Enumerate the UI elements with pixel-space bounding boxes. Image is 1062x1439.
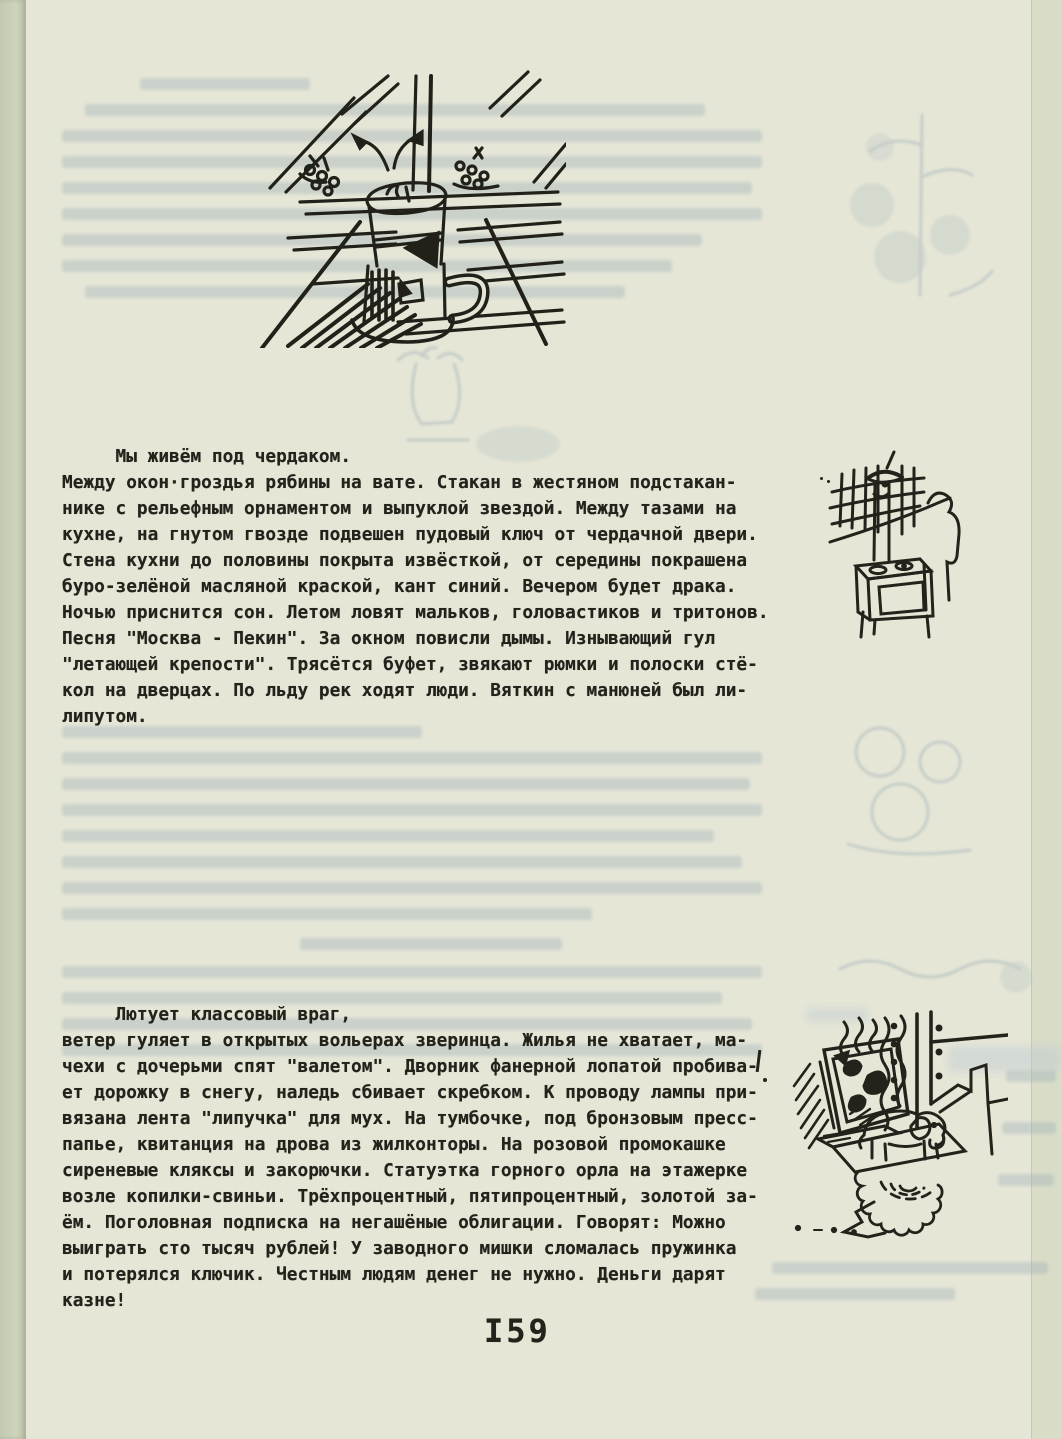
text-line: сиреневые кляксы и закорючки. Статуэтка … bbox=[62, 1158, 758, 1184]
text-line: и потерялся ключик. Честным людям денег … bbox=[62, 1262, 758, 1288]
text-line: Стена кухни до половины покрыта извёстко… bbox=[62, 548, 769, 574]
ghost-text-line bbox=[62, 856, 742, 868]
text-line: ет дорожку в снегу, наледь сбивает скреб… bbox=[62, 1080, 758, 1106]
page-edge-left bbox=[0, 0, 26, 1439]
scanned-book-page: Мы живём под чердаком.Между окон·гроздья… bbox=[0, 0, 1062, 1439]
ghost-text-line bbox=[772, 1262, 1048, 1274]
text-line: "летающей крепости". Трясётся буфет, звя… bbox=[62, 652, 769, 678]
paragraph-class-enemy: Лютует классовый враг,ветер гуляет в отк… bbox=[62, 1002, 758, 1314]
page-number: I59 bbox=[484, 1312, 551, 1350]
text-line: Ночью приснится сон. Летом ловят мальков… bbox=[62, 600, 769, 626]
text-line: кол на дверцах. По льду рек ходят люди. … bbox=[62, 678, 769, 704]
illustration-stove bbox=[828, 448, 998, 648]
ink-dot bbox=[763, 1078, 767, 1082]
text-line: нике с рельефным орнаментом и выпуклой з… bbox=[62, 496, 769, 522]
illustration-window-glass bbox=[248, 70, 566, 348]
text-line: казне! bbox=[62, 1288, 758, 1314]
ink-dot bbox=[820, 477, 823, 480]
ghost-drawing-top-right bbox=[830, 85, 1005, 335]
ink-dot bbox=[827, 480, 830, 483]
text-line: Между окон·гроздья рябины на вате. Стака… bbox=[62, 470, 769, 496]
text-line: липутом. bbox=[62, 704, 769, 730]
ghost-text-line bbox=[62, 830, 714, 842]
ghost-text-line bbox=[62, 882, 762, 894]
text-line: кухне, на гнутом гвозде подвешен пудовый… bbox=[62, 522, 769, 548]
text-line: выиграть сто тысяч рублей! У заводного м… bbox=[62, 1236, 758, 1262]
text-line: ём. Поголовная подписка на негашёные обл… bbox=[62, 1210, 758, 1236]
ghost-drawing-right-middle bbox=[828, 692, 1003, 867]
ghost-text-line bbox=[1002, 1122, 1056, 1134]
ghost-heading-line bbox=[300, 938, 562, 950]
paragraph-we-live-under-the-attic: Мы живём под чердаком.Между окон·гроздья… bbox=[62, 444, 769, 730]
ghost-text-line bbox=[62, 804, 762, 816]
text-line: Лютует классовый враг, bbox=[62, 1002, 758, 1028]
ghost-text-line bbox=[755, 1288, 955, 1300]
page-edge-right bbox=[1031, 0, 1062, 1439]
text-line: Мы живём под чердаком. bbox=[62, 444, 769, 470]
text-line: возле копилки-свиньи. Трёхпроцентный, пя… bbox=[62, 1184, 758, 1210]
ghost-text-line bbox=[62, 752, 762, 764]
illustration-mirror-elephant bbox=[788, 1006, 1008, 1246]
ghost-drawing-right-low bbox=[830, 935, 1060, 1010]
text-line: чехи с дочерьми спят "валетом". Дворник … bbox=[62, 1054, 758, 1080]
text-line: папье, квитанция на дрова из жилконторы.… bbox=[62, 1132, 758, 1158]
text-line: ветер гуляет в открытых вольерах зверинц… bbox=[62, 1028, 758, 1054]
ghost-text-line bbox=[62, 966, 762, 978]
ghost-text-line bbox=[62, 908, 592, 920]
text-line: Песня "Москва - Пекин". За окном повисли… bbox=[62, 626, 769, 652]
text-line: буро-зелёной масляной краской, кант сини… bbox=[62, 574, 769, 600]
text-line: вязана лента "липучка" для мух. На тумбо… bbox=[62, 1106, 758, 1132]
ghost-text-line bbox=[62, 778, 750, 790]
